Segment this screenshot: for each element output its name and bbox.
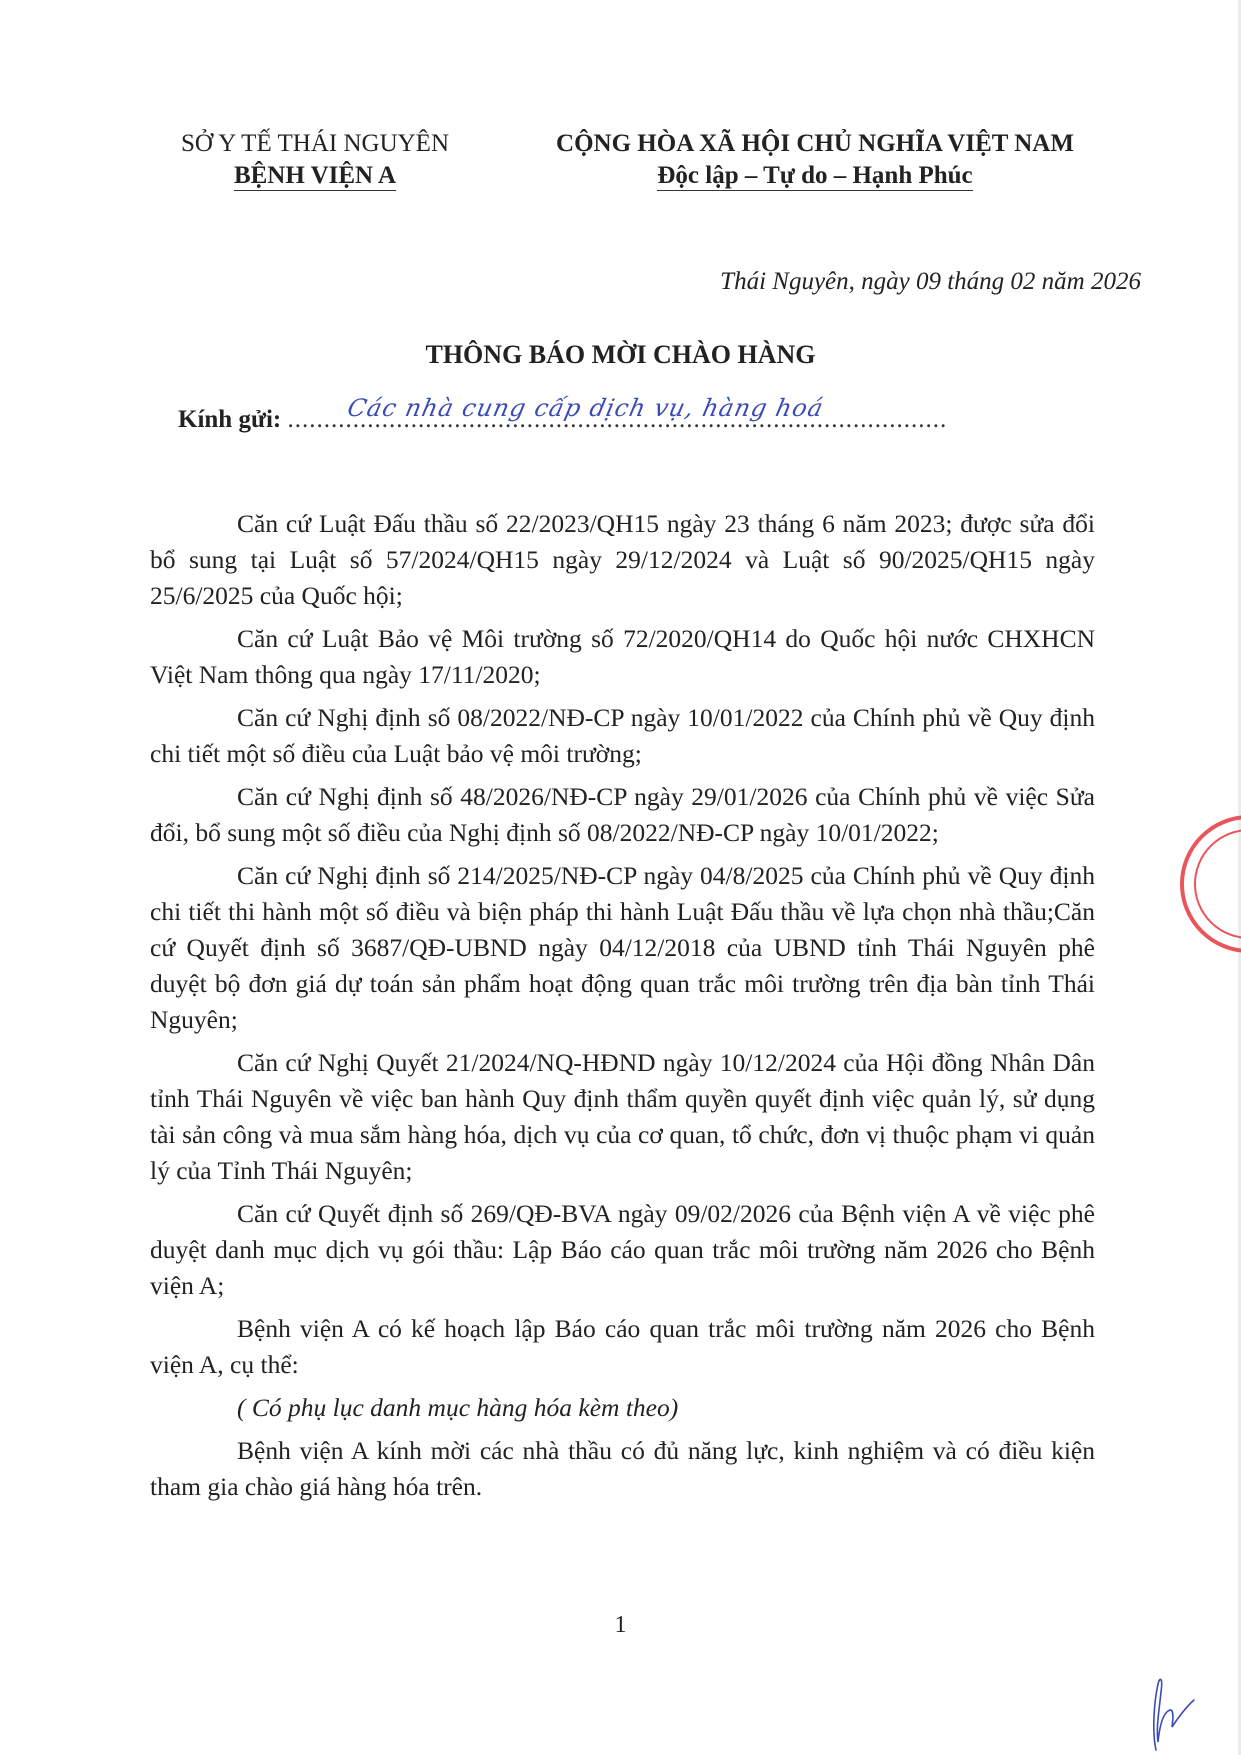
place-date-line: Thái Nguyên, ngày 09 tháng 02 năm 2026 [720,268,1141,296]
initials-signature-icon [1148,1672,1198,1755]
recipient-label: Kính gửi: [178,406,281,433]
paragraph: Căn cứ Luật Bảo vệ Môi trường số 72/2020… [150,621,1095,693]
document-page: SỞ Y TẾ THÁI NGUYÊN BỆNH VIỆN A CỘNG HÒA… [0,0,1241,1755]
recipient-line: Kính gửi: ..............................… [178,406,1098,434]
parent-agency: SỞ Y TẾ THÁI NGUYÊN [150,128,480,160]
nation-name: CỘNG HÒA XÃ HỘI CHỦ NGHĨA VIỆT NAM [520,128,1110,160]
document-title: THÔNG BÁO MỜI CHÀO HÀNG [0,340,1241,370]
appendix-note: ( Có phụ lục danh mục hàng hóa kèm theo) [150,1390,1095,1426]
paragraph: Căn cứ Nghị Quyết 21/2024/NQ-HĐND ngày 1… [150,1045,1095,1189]
national-motto-block: CỘNG HÒA XÃ HỘI CHỦ NGHĨA VIỆT NAM Độc l… [520,128,1110,192]
paragraph: Căn cứ Nghị định số 48/2026/NĐ-CP ngày 2… [150,779,1095,851]
paragraph: Căn cứ Luật Đấu thầu số 22/2023/QH15 ngà… [150,506,1095,614]
page-number: 1 [0,1612,1241,1639]
red-seal-stamp-icon [1180,815,1241,953]
issuing-agency-block: SỞ Y TẾ THÁI NGUYÊN BỆNH VIỆN A [150,128,480,192]
issuing-unit: BỆNH VIỆN A [234,162,396,191]
document-body: Căn cứ Luật Đấu thầu số 22/2023/QH15 ngà… [150,506,1095,1512]
paragraph: Căn cứ Quyết định số 269/QĐ-BVA ngày 09/… [150,1196,1095,1304]
paragraph: Căn cứ Nghị định số 214/2025/NĐ-CP ngày … [150,858,1095,1038]
paragraph: Bệnh viện A kính mời các nhà thầu có đủ … [150,1433,1095,1505]
paragraph: Bệnh viện A có kế hoạch lập Báo cáo quan… [150,1311,1095,1383]
recipient-handwritten-value: Các nhà cung cấp dịch vụ, hàng hoá [345,394,826,422]
paragraph: Căn cứ Nghị định số 08/2022/NĐ-CP ngày 1… [150,700,1095,772]
motto: Độc lập – Tự do – Hạnh Phúc [657,162,972,191]
